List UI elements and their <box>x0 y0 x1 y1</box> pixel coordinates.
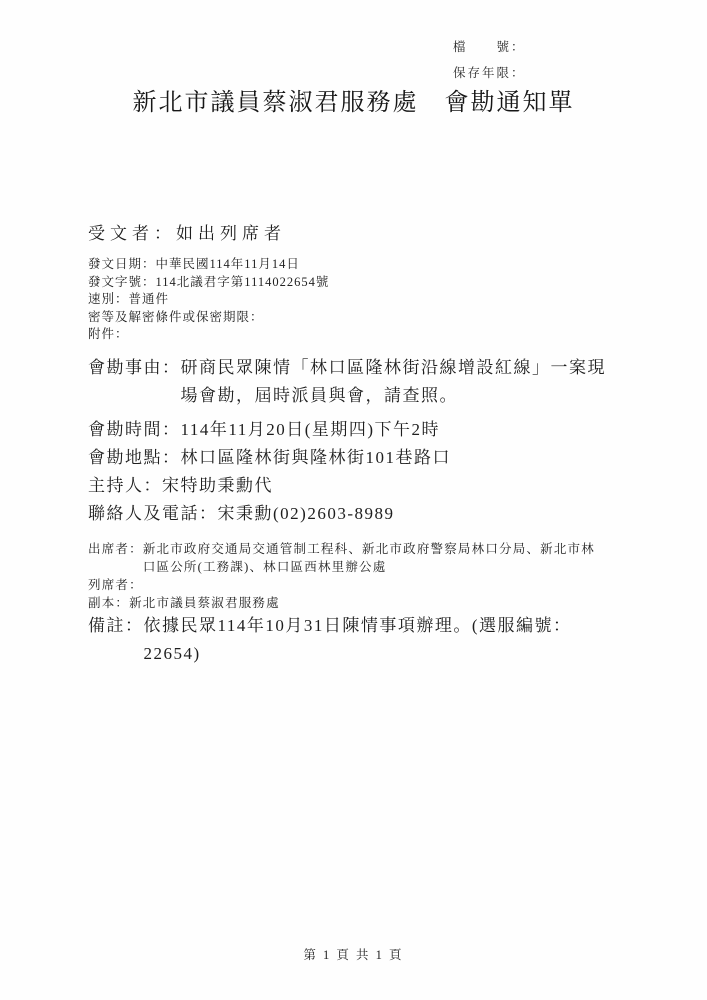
attendees-value: 新北市政府交通局交通管制工程科、新北市政府警察局林口分局、新北市林口區公所(工務… <box>143 540 598 576</box>
attachment-label: 附件： <box>88 327 129 341</box>
page-number: 第 1 頁 共 1 頁 <box>0 945 707 963</box>
issue-date-line: 發文日期：中華民國114年11月14日 <box>88 256 329 274</box>
doc-number-value: 114北議君字第1114022654號 <box>156 275 330 289</box>
main-fields-block: 會勘事由： 研商民眾陳情「林口區隆林街沿線增設紅線」一案現場會勘，屆時派員與會，… <box>88 354 623 528</box>
survey-location-label: 會勘地點： <box>88 444 181 472</box>
file-number-label: 檔 號： <box>453 34 526 60</box>
attendees-row: 出席者： 新北市政府交通局交通管制工程科、新北市政府警察局林口分局、新北市林口區… <box>88 540 610 576</box>
copy-to-value: 新北市議員蔡淑君服務處 <box>129 594 584 612</box>
remark-value: 依據民眾114年10月31日陳情事項辦理。(選服編號：22654) <box>144 612 594 668</box>
document-page: 檔 號： 保存年限： 新北市議員蔡淑君服務處 會勘通知單 受文者：如出列席者 發… <box>0 0 707 1000</box>
file-labels-block: 檔 號： 保存年限： <box>453 34 526 86</box>
survey-time-label: 會勘時間： <box>88 416 181 444</box>
doc-number-label: 發文字號： <box>88 275 156 289</box>
priority-line: 速別：普通件 <box>88 291 329 309</box>
classification-label: 密等及解密條件或保密期限： <box>88 310 264 324</box>
doc-number-line: 發文字號：114北議君字第1114022654號 <box>88 274 329 292</box>
copy-to-row: 副本： 新北市議員蔡淑君服務處 <box>88 594 610 612</box>
observers-row: 列席者： <box>88 576 610 594</box>
survey-time-row: 會勘時間： 114年11月20日(星期四)下午2時 <box>88 416 623 444</box>
recipient-value: 如出列席者 <box>176 224 286 243</box>
issue-date-value: 中華民國114年11月14日 <box>156 257 300 271</box>
meta-block: 發文日期：中華民國114年11月14日 發文字號：114北議君字第1114022… <box>88 256 329 344</box>
attachment-line: 附件： <box>88 326 329 344</box>
priority-label: 速別： <box>88 292 129 306</box>
recipient-line: 受文者：如出列席者 <box>88 219 286 244</box>
host-label: 主持人： <box>88 472 162 500</box>
survey-time-value: 114年11月20日(星期四)下午2時 <box>181 416 624 444</box>
classification-line: 密等及解密條件或保密期限： <box>88 309 329 327</box>
host-row: 主持人： 宋特助秉勳代 <box>88 472 623 500</box>
attendees-label: 出席者： <box>88 540 143 558</box>
document-title: 新北市議員蔡淑君服務處 會勘通知單 <box>0 82 707 117</box>
host-value: 宋特助秉勳代 <box>162 472 623 500</box>
contact-value: 宋秉勳(02)2603-8989 <box>218 500 624 528</box>
observers-label: 列席者： <box>88 576 143 594</box>
attendees-block: 出席者： 新北市政府交通局交通管制工程科、新北市政府警察局林口分局、新北市林口區… <box>88 540 610 612</box>
priority-value: 普通件 <box>129 292 170 306</box>
survey-subject-label: 會勘事由： <box>88 354 181 382</box>
recipient-label: 受文者： <box>88 224 176 243</box>
contact-label: 聯絡人及電話： <box>88 500 218 528</box>
remark-label: 備註： <box>88 612 144 640</box>
copy-to-label: 副本： <box>88 594 129 612</box>
remark-row: 備註： 依據民眾114年10月31日陳情事項辦理。(選服編號：22654) <box>88 612 593 668</box>
survey-location-value: 林口區隆林街與隆林街101巷路口 <box>181 444 624 472</box>
survey-subject-value: 研商民眾陳情「林口區隆林街沿線增設紅線」一案現場會勘，屆時派員與會，請查照。 <box>181 354 624 410</box>
issue-date-label: 發文日期： <box>88 257 156 271</box>
survey-location-row: 會勘地點： 林口區隆林街與隆林街101巷路口 <box>88 444 623 472</box>
survey-subject-row: 會勘事由： 研商民眾陳情「林口區隆林街沿線增設紅線」一案現場會勘，屆時派員與會，… <box>88 354 623 410</box>
contact-row: 聯絡人及電話： 宋秉勳(02)2603-8989 <box>88 500 623 528</box>
